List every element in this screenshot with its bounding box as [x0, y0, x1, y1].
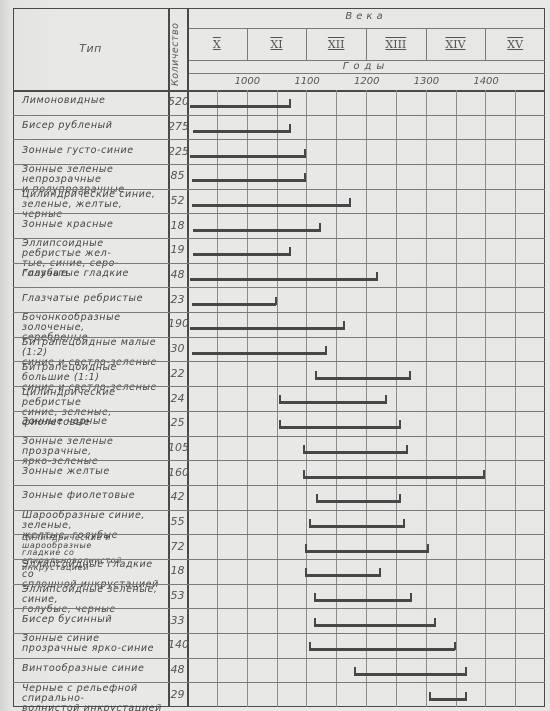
century-divider — [306, 28, 307, 60]
date-range-bar — [309, 648, 455, 651]
range-start-tick — [303, 445, 305, 453]
bead-count: 22 — [168, 367, 187, 380]
grid-line — [277, 90, 278, 707]
range-start-tick — [305, 544, 307, 552]
range-start-tick — [279, 395, 281, 403]
bead-type-label: Зонные густо-синие — [22, 146, 165, 156]
range-end-tick — [465, 667, 467, 675]
bead-count: 275 — [168, 120, 187, 133]
range-end-tick — [376, 272, 378, 280]
header-rule — [187, 60, 545, 61]
bead-count: 72 — [168, 540, 187, 553]
range-start-tick — [315, 371, 317, 379]
range-end-tick — [410, 593, 412, 601]
bead-count: 23 — [168, 293, 187, 306]
bead-count: 48 — [168, 268, 187, 281]
bead-type-label: Глазчатые ребристые — [22, 294, 165, 304]
range-start-tick — [314, 593, 316, 601]
years-label: Годы — [187, 61, 545, 72]
date-range-bar — [315, 377, 410, 380]
range-end-tick — [349, 198, 351, 206]
century-divider — [485, 28, 486, 60]
type-column-header: Тип — [13, 8, 168, 90]
range-end-tick — [289, 124, 291, 132]
bead-type-label: Лимоновидные — [22, 96, 165, 106]
range-end-tick — [399, 420, 401, 428]
row-divider — [13, 115, 545, 116]
bead-count: 105 — [168, 441, 187, 454]
grid-line — [247, 90, 248, 707]
bead-count: 18 — [168, 219, 187, 232]
date-range-bar — [193, 253, 291, 256]
bead-count: 52 — [168, 194, 187, 207]
date-range-bar — [316, 500, 400, 503]
bead-count: 225 — [168, 145, 187, 158]
range-end-tick — [304, 173, 306, 181]
range-start-tick — [429, 692, 431, 700]
row-divider — [13, 287, 545, 288]
range-start-tick — [316, 494, 318, 502]
bead-count: 42 — [168, 490, 187, 503]
date-range-bar — [354, 673, 467, 676]
year-tick-label: 1400 — [473, 76, 498, 87]
date-range-bar — [192, 352, 327, 355]
bead-count: 53 — [168, 589, 187, 602]
range-end-tick — [403, 519, 405, 527]
date-range-bar — [190, 105, 291, 108]
century-divider — [366, 28, 367, 60]
bead-count: 33 — [168, 614, 187, 627]
range-end-tick — [399, 494, 401, 502]
range-start-tick — [314, 618, 316, 626]
date-range-bar — [193, 229, 321, 232]
century-label: XI — [247, 38, 307, 51]
date-range-bar — [303, 476, 485, 479]
range-end-tick — [343, 321, 345, 329]
century-divider — [247, 28, 248, 60]
bead-type-label: Бисер рубленый — [22, 121, 165, 131]
bead-count: 520 — [168, 95, 187, 108]
row-divider — [13, 485, 545, 486]
bead-count: 160 — [168, 466, 187, 479]
row-divider — [13, 411, 545, 412]
range-end-tick — [465, 692, 467, 700]
date-range-bar — [429, 698, 468, 701]
bead-type-label: Зонные фиолетовые — [22, 491, 165, 501]
row-divider — [13, 658, 545, 659]
row-divider — [13, 608, 545, 609]
bead-type-label: Винтообразные синие — [22, 664, 165, 674]
range-end-tick — [385, 395, 387, 403]
bead-type-label: Зонные красные — [22, 220, 165, 230]
century-label: X — [187, 38, 247, 51]
bead-type-label: Эллипсоидные зеленые, синие, голубые, че… — [22, 585, 165, 615]
range-start-tick — [354, 667, 356, 675]
range-end-tick — [379, 568, 381, 576]
bead-type-label: Черные с рельефной спирально- волнистой … — [22, 684, 165, 711]
bead-type-label: Зонные желтые — [22, 467, 165, 477]
row-divider — [13, 139, 545, 140]
bead-count: 85 — [168, 169, 187, 182]
grid-line — [456, 90, 457, 707]
range-end-tick — [483, 470, 485, 478]
bead-type-label: Бисер бусинный — [22, 615, 165, 625]
date-range-bar — [314, 599, 412, 602]
row-divider — [13, 213, 545, 214]
date-range-bar — [192, 179, 307, 182]
header-rule — [187, 73, 545, 74]
bead-count: 55 — [168, 515, 187, 528]
range-end-tick — [454, 642, 456, 650]
century-divider — [426, 28, 427, 60]
bead-type-label: Цилиндрические синие, зеленые, желтые, ч… — [22, 190, 165, 220]
range-start-tick — [305, 568, 307, 576]
bead-type-label: Зонные черные — [22, 417, 165, 427]
date-range-bar — [190, 155, 306, 158]
date-range-bar — [309, 525, 404, 528]
year-tick-label: 1200 — [354, 76, 379, 87]
century-label: XII — [306, 38, 366, 51]
range-end-tick — [409, 371, 411, 379]
range-start-tick — [303, 470, 305, 478]
date-range-bar — [190, 278, 378, 281]
grid-line — [306, 90, 307, 707]
range-start-tick — [309, 519, 311, 527]
bead-count: 30 — [168, 342, 187, 355]
date-range-bar — [192, 303, 277, 306]
grid-line — [396, 90, 397, 707]
range-end-tick — [325, 346, 327, 354]
range-start-tick — [279, 420, 281, 428]
range-end-tick — [319, 223, 321, 231]
bead-count: 18 — [168, 564, 187, 577]
grid-line — [426, 90, 427, 707]
centuries-label: Века — [187, 11, 545, 22]
bead-count: 25 — [168, 416, 187, 429]
count-column-header: Количество — [170, 23, 181, 86]
type-count-divider — [168, 8, 170, 707]
bead-count: 48 — [168, 663, 187, 676]
range-end-tick — [289, 99, 291, 107]
header-rule — [187, 28, 545, 29]
year-tick-label: 1000 — [235, 76, 260, 87]
bead-count: 190 — [168, 317, 187, 330]
grid-line — [336, 90, 337, 707]
date-range-bar — [314, 624, 436, 627]
century-label: XV — [485, 38, 545, 51]
grid-line — [485, 90, 486, 707]
range-end-tick — [406, 445, 408, 453]
year-tick-label: 1300 — [414, 76, 439, 87]
row-divider — [13, 263, 545, 264]
date-range-bar — [303, 451, 407, 454]
grid-line — [217, 90, 218, 707]
bead-count: 24 — [168, 392, 187, 405]
bead-count: 140 — [168, 638, 187, 651]
date-range-bar — [279, 426, 400, 429]
range-end-tick — [275, 297, 277, 305]
bead-type-label: Зонные зеленые прозрачные, ярко-зеленые — [22, 437, 165, 467]
date-range-bar — [193, 130, 291, 133]
bead-type-label: Зонные синие прозрачные ярко-синие — [22, 634, 165, 654]
bead-count: 19 — [168, 243, 187, 256]
range-end-tick — [289, 247, 291, 255]
range-end-tick — [434, 618, 436, 626]
range-end-tick — [304, 149, 306, 157]
date-range-bar — [190, 327, 345, 330]
year-tick-label: 1100 — [294, 76, 319, 87]
date-range-bar — [192, 204, 351, 207]
range-start-tick — [309, 642, 311, 650]
bead-count: 29 — [168, 688, 187, 701]
range-end-tick — [427, 544, 429, 552]
date-range-bar — [279, 401, 386, 404]
century-label: XIV — [426, 38, 486, 51]
date-range-bar — [305, 550, 429, 553]
row-divider — [13, 460, 545, 461]
grid-line — [515, 90, 516, 707]
date-range-bar — [305, 574, 381, 577]
grid-line — [366, 90, 367, 707]
century-label: XIII — [366, 38, 426, 51]
header-bottom-rule — [13, 90, 545, 92]
count-chart-divider — [187, 8, 189, 707]
bead-type-label: Глазчатые гладкие — [22, 269, 165, 279]
